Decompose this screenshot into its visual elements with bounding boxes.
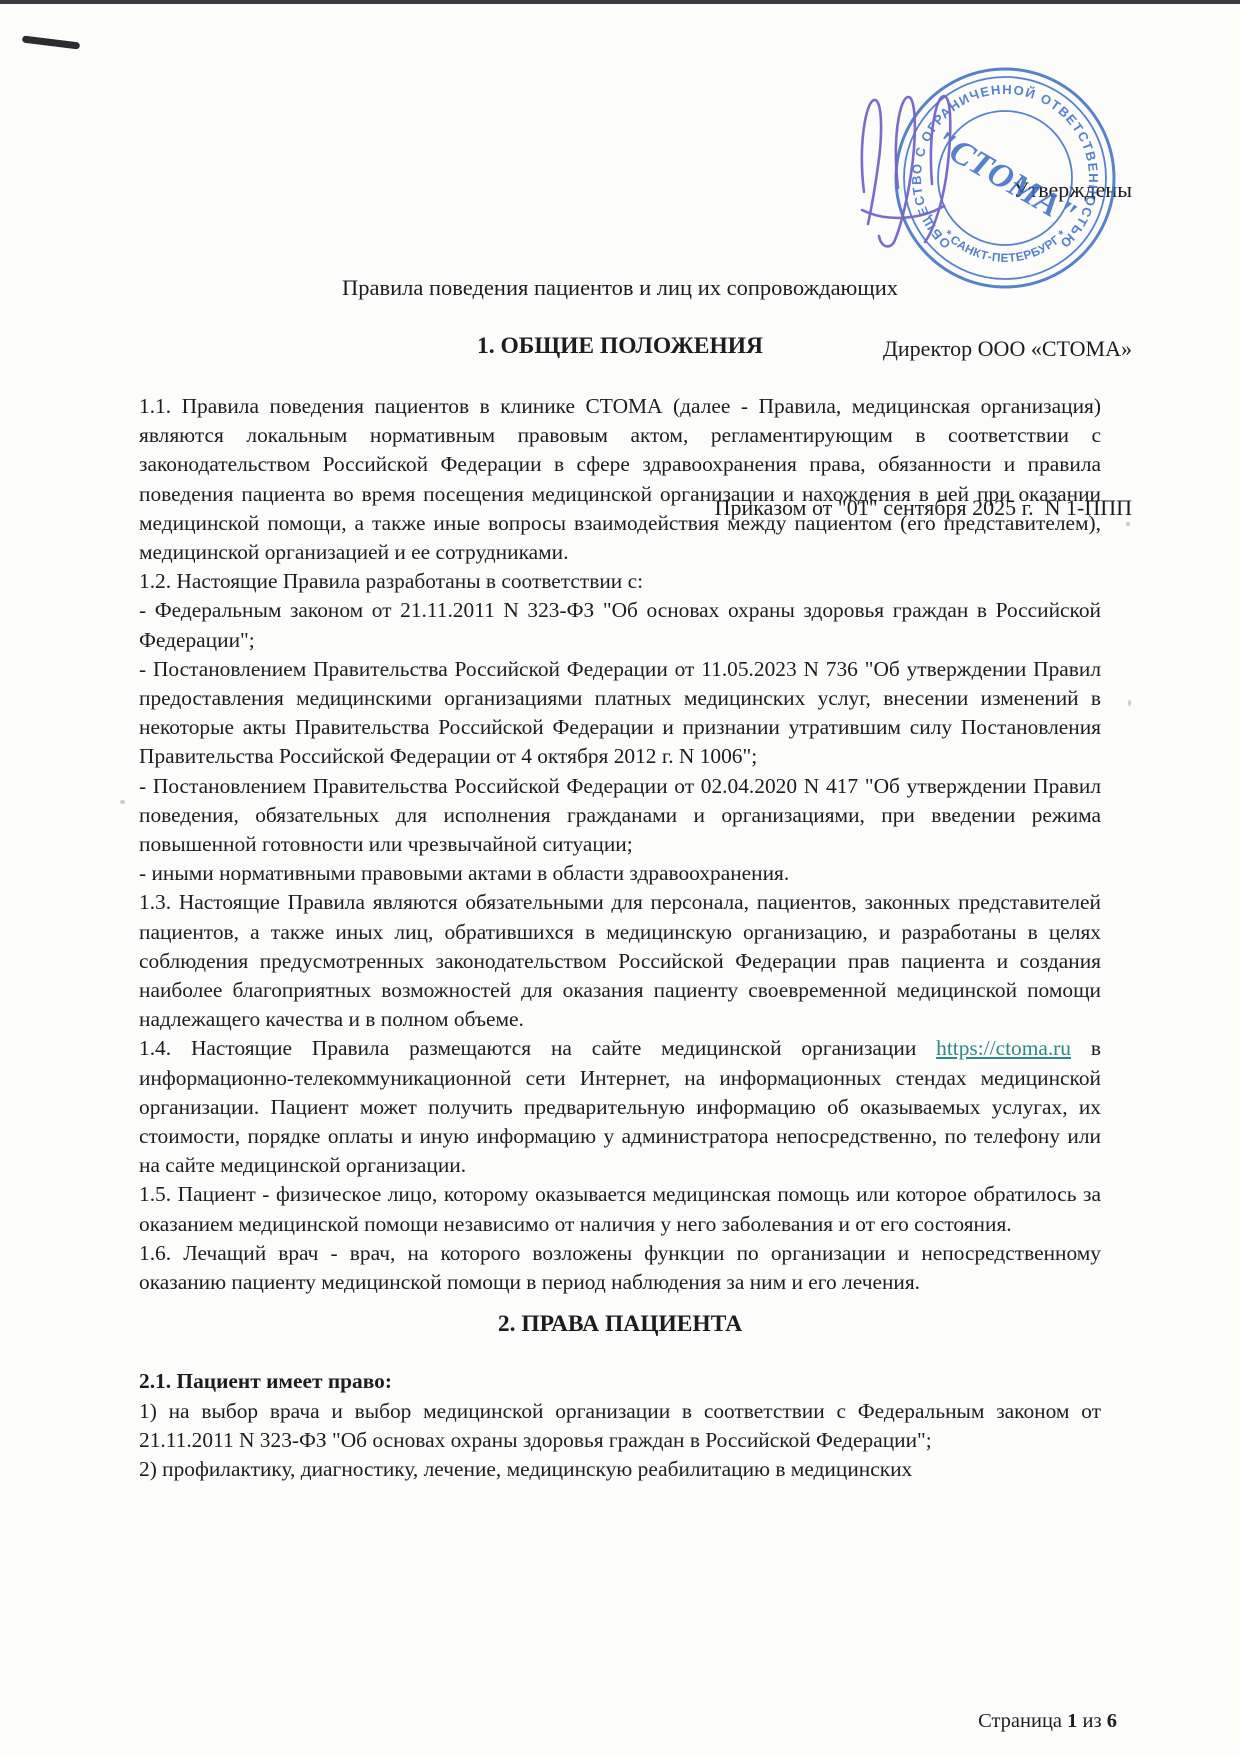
footer-page-number: 1 (1067, 1710, 1077, 1732)
document-body: Правила поведения пациентов и лиц их соп… (139, 275, 1101, 1484)
list-item-decree-417: - Постановлением Правительства Российско… (139, 772, 1101, 860)
paragraph-1-1: 1.1. Правила поведения пациентов в клини… (139, 392, 1101, 567)
section-1-heading: 1. ОБЩИЕ ПОЛОЖЕНИЯ (139, 333, 1101, 359)
scan-speck (120, 800, 125, 804)
page-footer: Страница 1 из 6 (978, 1710, 1117, 1733)
paragraph-2-1-lead: 2.1. Пациент имеет право: (139, 1367, 1101, 1396)
paragraph-1-6: 1.6. Лечащий врач - врач, на которого во… (139, 1239, 1101, 1297)
list-item-law-323: - Федеральным законом от 21.11.2011 N 32… (139, 596, 1101, 654)
section-2-heading: 2. ПРАВА ПАЦИЕНТА (139, 1311, 1101, 1337)
scan-edge-line (0, 0, 1240, 4)
scan-corner-mark (22, 35, 80, 49)
document-page: Утверждены Директор ООО «СТОМА» Приказом… (0, 0, 1240, 1755)
footer-total-pages: 6 (1107, 1710, 1117, 1732)
director-signature (828, 82, 1028, 282)
footer-page-label: Страница (978, 1710, 1062, 1732)
scan-speck (1128, 700, 1131, 706)
paragraph-1-4: 1.4. Настоящие Правила размещаются на са… (139, 1034, 1101, 1180)
right-item-2: 2) профилактику, диагностику, лечение, м… (139, 1455, 1101, 1484)
footer-of-label: из (1083, 1710, 1102, 1732)
paragraph-1-2: 1.2. Настоящие Правила разработаны в соо… (139, 567, 1101, 596)
right-item-1: 1) на выбор врача и выбор медицинской ор… (139, 1397, 1101, 1455)
website-link[interactable]: https://ctoma.ru (936, 1036, 1071, 1060)
list-item-other-acts: - иными нормативными правовыми актами в … (139, 859, 1101, 888)
list-item-decree-736: - Постановлением Правительства Российско… (139, 655, 1101, 772)
paragraph-1-5: 1.5. Пациент - физическое лицо, которому… (139, 1180, 1101, 1238)
paragraph-1-4-text-before: 1.4. Настоящие Правила размещаются на са… (139, 1036, 936, 1060)
paragraph-1-3: 1.3. Настоящие Правила являются обязател… (139, 888, 1101, 1034)
